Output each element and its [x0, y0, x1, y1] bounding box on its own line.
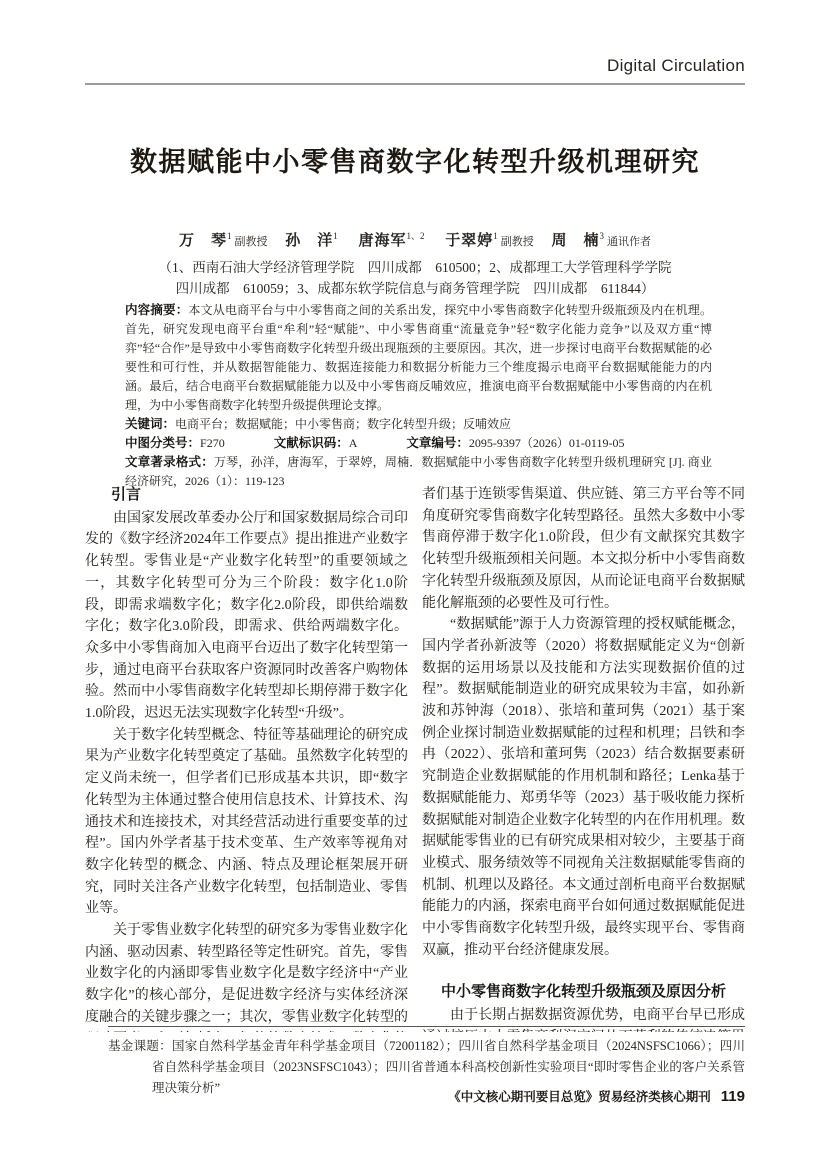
author-role: 副教授: [234, 236, 267, 248]
doc-code-value: A: [349, 436, 358, 450]
author-name: 于翠婷: [445, 233, 493, 249]
journal-section-label: Digital Circulation: [607, 56, 745, 75]
page-header: Digital Circulation: [85, 56, 745, 85]
author-name: 万 琴: [179, 233, 227, 249]
citation-label: 文章著录格式：: [125, 455, 214, 469]
abstract-paragraph: 内容摘要：本文从电商平台与中小零售商之间的关系出发，探究中小零售商数字化转型升级…: [125, 301, 712, 415]
author-name: 孙 洋: [285, 233, 333, 249]
body-columns: 引言 由国家发展改革委办公厅和国家数据局综合司印发的《数字经济2024年工作要点…: [85, 484, 745, 1032]
body-paragraph: 关于数字化转型概念、特征等基础理论的研究成果为产业数字化转型奠定了基础。虽然数字…: [85, 725, 408, 920]
author-name: 周 楠: [552, 233, 600, 249]
author-affiliation-superscript: 1、2: [407, 231, 425, 241]
author: 万 琴1副教授: [179, 233, 268, 249]
right-column: 者们基于连锁零售渠道、供应链、第三方平台等不同角度研究零售商数字化转型路径。虽然…: [422, 484, 745, 1032]
clc-label: 中图分类号：: [125, 436, 200, 450]
abstract-text: 本文从电商平台与中小零售商之间的关系出发，探究中小零售商数字化转型升级瓶颈及内在…: [125, 303, 712, 412]
clc-pair: 中图分类号：F270: [125, 436, 225, 450]
doc-code-pair: 文献标识码：A: [274, 436, 358, 450]
footer-journal-note: 《中文核心期刊要目总览》贸易经济类核心期刊: [448, 1090, 711, 1104]
article-no-value: 2095-9397（2026）01-0119-05: [469, 436, 625, 450]
article-no-pair: 文章编号：2095-9397（2026）01-0119-05: [406, 436, 624, 450]
author-role: 通讯作者: [607, 236, 651, 248]
body-paragraph: “数据赋能”源于人力资源管理的授权赋能概念，国内学者孙新波等（2020）将数据赋…: [422, 614, 745, 961]
author: 唐海军1、2: [358, 233, 427, 249]
keywords-line: 关键词：电商平台；数据赋能；中小零售商；数字化转型升级；反哺效应: [125, 415, 712, 434]
affiliation-line-2: 四川成都 610059；3、成都东软学院信息与商务管理学院 四川成都 61184…: [85, 278, 745, 299]
keywords-label: 关键词：: [125, 417, 175, 431]
abstract-block: 内容摘要：本文从电商平台与中小零售商之间的关系出发，探究中小零售商数字化转型升级…: [125, 301, 712, 491]
body-paragraph: 关于零售业数字化转型的研究多为零售业数字化内涵、驱动因素、转型路径等定性研究。首…: [85, 920, 408, 1032]
keywords-text: 电商平台；数据赋能；中小零售商；数字化转型升级；反哺效应: [175, 417, 511, 431]
left-column: 引言 由国家发展改革委办公厅和国家数据局综合司印发的《数字经济2024年工作要点…: [85, 484, 408, 1032]
page-footer: 《中文核心期刊要目总览》贸易经济类核心期刊119: [85, 1087, 745, 1106]
article-title: 数据赋能中小零售商数字化转型升级机理研究: [85, 140, 745, 179]
body-paragraph: 由国家发展改革委办公厅和国家数据局综合司印发的《数字经济2024年工作要点》提出…: [85, 508, 408, 725]
page-number: 119: [721, 1088, 745, 1105]
section-heading-introduction: 引言: [85, 484, 408, 506]
affiliations: （1、西南石油大学经济管理学院 四川成都 610500；2、成都理工大学管理科学…: [85, 257, 745, 299]
author-affiliation-superscript: 3: [600, 231, 605, 241]
journal-page: Digital Circulation 数据赋能中小零售商数字化转型升级机理研究…: [0, 0, 827, 1160]
affiliation-line-1: （1、西南石油大学经济管理学院 四川成都 610500；2、成都理工大学管理科学…: [85, 257, 745, 278]
author: 周 楠3通讯作者: [552, 233, 652, 249]
doc-code-label: 文献标识码：: [274, 436, 349, 450]
article-no-label: 文章编号：: [406, 436, 469, 450]
author-name: 唐海军: [358, 233, 406, 249]
authors-line: 万 琴1副教授 孙 洋1 唐海军1、2 于翠婷1副教授 周 楠3通讯作者: [85, 229, 745, 250]
footnote-label: 基金课题：: [108, 1039, 172, 1053]
author-affiliation-superscript: 1: [493, 231, 498, 241]
section-heading-bottleneck-analysis: 中小零售商数字化转型升级瓶颈及原因分析: [422, 981, 745, 1003]
author-affiliation-superscript: 1: [227, 231, 232, 241]
body-paragraph-continuation: 者们基于连锁零售渠道、供应链、第三方平台等不同角度研究零售商数字化转型路径。虽然…: [422, 484, 745, 614]
author-role: 副教授: [501, 236, 534, 248]
author: 于翠婷1副教授: [445, 233, 534, 249]
abstract-label: 内容摘要：: [125, 303, 188, 317]
title-block: 数据赋能中小零售商数字化转型升级机理研究: [85, 140, 745, 179]
clc-value: F270: [200, 436, 225, 450]
author: 孙 洋1: [285, 233, 341, 249]
classification-line: 中图分类号：F270 文献标识码：A 文章编号：2095-9397（2026）0…: [125, 434, 712, 453]
author-affiliation-superscript: 1: [333, 231, 338, 241]
